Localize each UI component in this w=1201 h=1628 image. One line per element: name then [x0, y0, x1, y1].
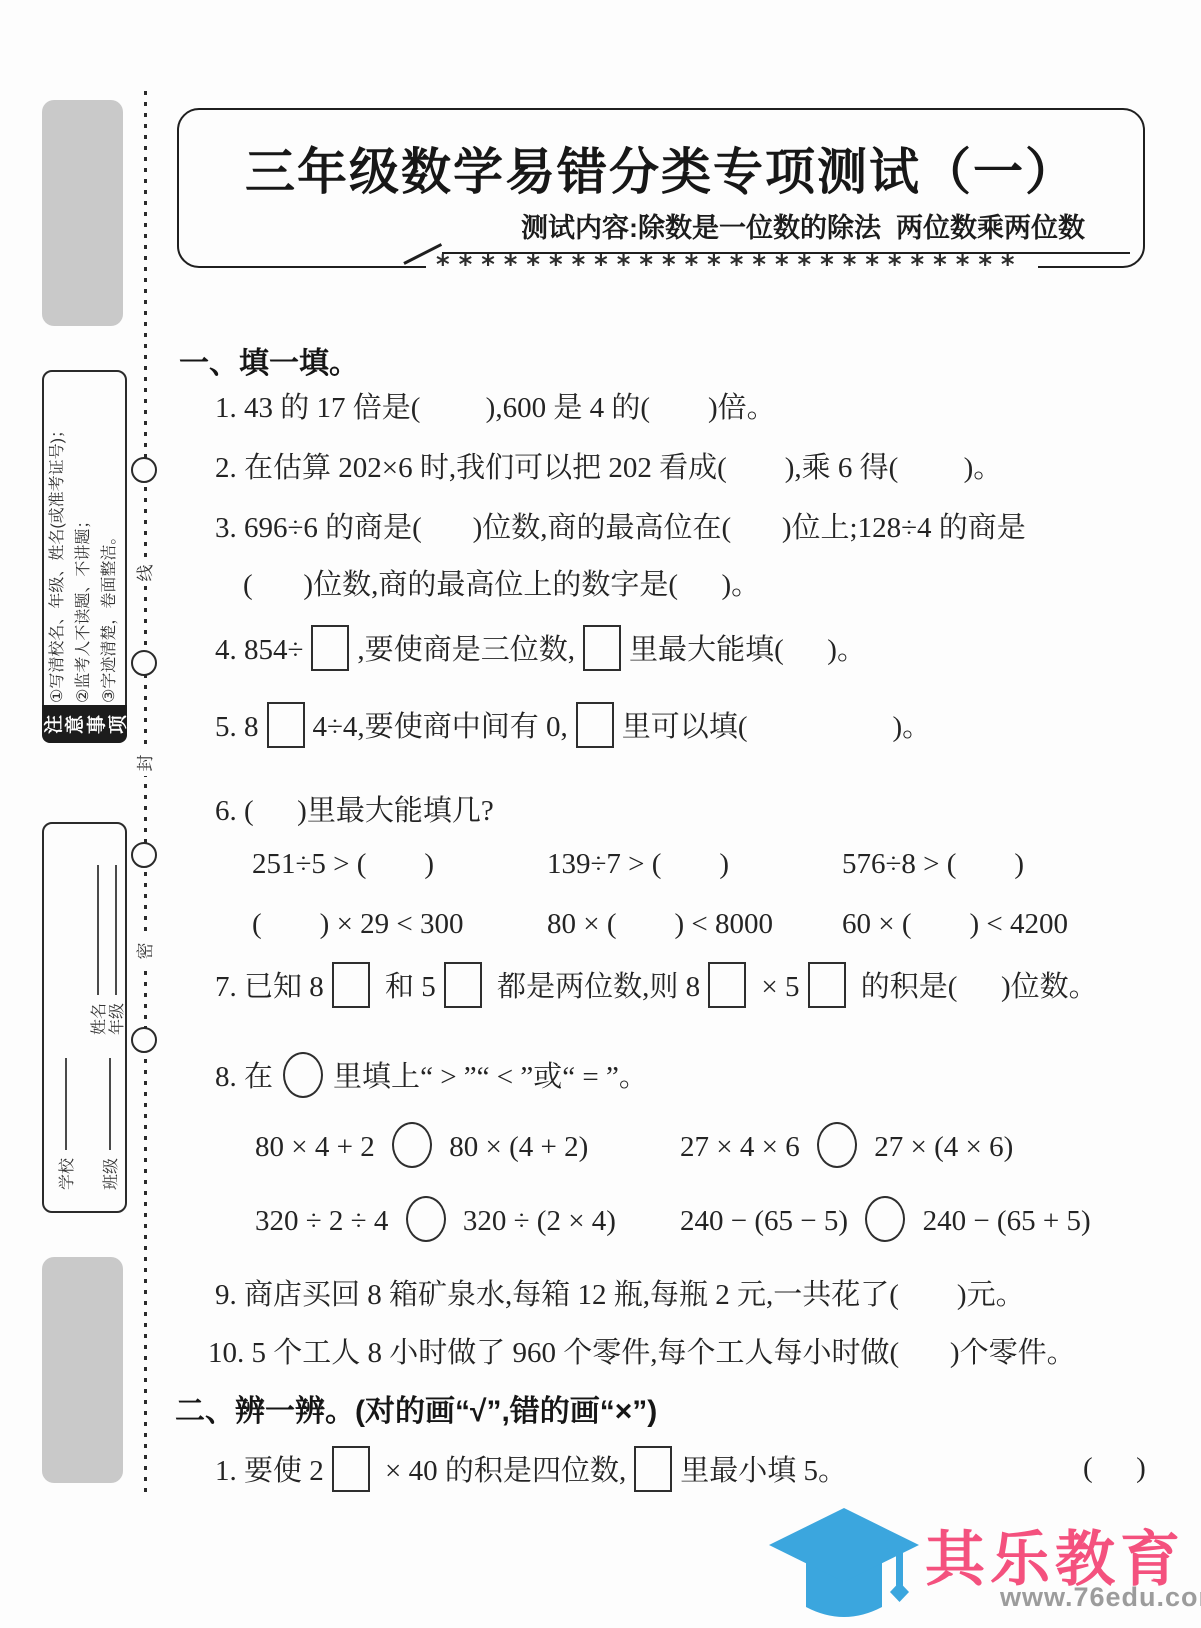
- answer-box[interactable]: [634, 1446, 672, 1492]
- question-4: 4. 854÷,要使商是三位数,里最大能填( )。: [215, 625, 866, 671]
- question-8-row-1: 80 × 4 + 2 80 × (4 + 2) 27 × 4 × 6 27 × …: [255, 1122, 1175, 1168]
- question-3-line-1: 3. 696÷6 的商是( )位数,商的最高位在( )位上;128÷4 的商是: [215, 505, 1026, 546]
- name-field-line: [96, 865, 99, 995]
- exam-notice-label: 注意事项: [42, 705, 127, 743]
- judge-question-1-answer-blank: ( ): [1083, 1452, 1146, 1485]
- question-6-row-1: 251÷5 > ( ) 139÷7 > ( ) 576÷8 > ( ): [252, 848, 1172, 881]
- class-field[interactable]: 班级: [96, 1040, 122, 1190]
- binding-hole-icon: [131, 457, 157, 483]
- binding-hole-icon: [131, 842, 157, 868]
- binding-hole-icon: [131, 1027, 157, 1053]
- question-6: 6. ( )里最大能填几?: [215, 788, 494, 829]
- question-8-row-2: 320 ÷ 2 ÷ 4 320 ÷ (2 × 4) 240 − (65 − 5)…: [255, 1196, 1175, 1242]
- question-7: 7. 已知 8 和 5 都是两位数,则 8 × 5 的积是( )位数。: [215, 962, 1098, 1008]
- brand-url[interactable]: www.76edu.com: [1000, 1582, 1201, 1613]
- compare-item: 320 ÷ 2 ÷ 4 320 ÷ (2 × 4): [255, 1196, 680, 1242]
- question-1: 1. 43 的 17 倍是( ),600 是 4 的( )倍。: [215, 385, 776, 426]
- seal-line-char: 线: [133, 560, 159, 586]
- section-2-heading: 二、辨一辨。(对的画“√”,错的画“×”): [175, 1386, 657, 1430]
- class-field-label: 班级: [98, 1158, 121, 1190]
- answer-box[interactable]: [708, 962, 746, 1008]
- seal-dotted-line: [144, 91, 147, 1493]
- school-field-label: 学校: [54, 1158, 77, 1190]
- answer-circle[interactable]: [406, 1196, 446, 1242]
- redacted-block-bottom: [42, 1257, 123, 1483]
- fill-blank-item: 80 × ( ) < 8000: [547, 908, 842, 941]
- answer-box[interactable]: [267, 702, 305, 748]
- grade-field-line: [114, 865, 117, 995]
- answer-circle[interactable]: [865, 1196, 905, 1242]
- fill-blank-item: 139÷7 > ( ): [547, 848, 842, 881]
- page-title: 三年级数学易错分类专项测试（一）: [179, 132, 1143, 204]
- compare-item: 240 − (65 − 5) 240 − (65 + 5): [680, 1196, 1091, 1242]
- answer-circle[interactable]: [392, 1122, 432, 1168]
- question-2: 2. 在估算 202×6 时,我们可以把 202 看成( ),乘 6 得( )。: [215, 445, 1002, 486]
- answer-box[interactable]: [311, 625, 349, 671]
- asterisk-divider: **************************: [436, 250, 1024, 280]
- school-field-line: [64, 1058, 67, 1150]
- class-field-line: [108, 1058, 111, 1150]
- compare-item: 80 × 4 + 2 80 × (4 + 2): [255, 1122, 680, 1168]
- fill-blank-item: 60 × ( ) < 4200: [842, 908, 1068, 941]
- question-9: 9. 商店买回 8 箱矿泉水,每箱 12 瓶,每瓶 2 元,一共花了( )元。: [215, 1272, 1025, 1313]
- seal-line-char: 封: [133, 750, 159, 776]
- seal-line-char: 密: [133, 938, 159, 964]
- answer-box[interactable]: [808, 962, 846, 1008]
- fill-blank-item: ( ) × 29 < 300: [252, 908, 547, 941]
- exam-notice-text: ①写清校名、年级、姓名(或准考证号)； ②监考人不读题、不讲题； ③字迹清楚，卷…: [45, 376, 126, 703]
- question-6-row-2: ( ) × 29 < 300 80 × ( ) < 8000 60 × ( ) …: [252, 908, 1172, 941]
- answer-box[interactable]: [583, 625, 621, 671]
- fill-blank-item: 251÷5 > ( ): [252, 848, 547, 881]
- answer-box[interactable]: [576, 702, 614, 748]
- section-1-heading: 一、填一填。: [179, 338, 359, 382]
- binding-hole-icon: [131, 650, 157, 676]
- graduation-cap-icon: [768, 1504, 923, 1628]
- answer-box[interactable]: [332, 1446, 370, 1492]
- fill-blank-item: 576÷8 > ( ): [842, 848, 1024, 881]
- test-title-box: 三年级数学易错分类专项测试（一） 测试内容:除数是一位数的除法 两位数乘两位数 …: [177, 108, 1145, 268]
- redacted-block-top: [42, 100, 123, 326]
- judge-question-1: 1. 要使 2 × 40 的积是四位数,里最小填 5。: [215, 1446, 847, 1492]
- question-8: 8. 在里填上“ > ”“ < ”或“ = ”。: [215, 1052, 648, 1098]
- name-field-label: 姓名: [86, 1003, 109, 1035]
- name-field[interactable]: 姓名: [84, 845, 110, 1035]
- question-5: 5. 84÷4,要使商中间有 0,里可以填( )。: [215, 702, 931, 748]
- exam-notice-text-wrap: ①写清校名、年级、姓名(或准考证号)； ②监考人不读题、不讲题； ③字迹清楚，卷…: [45, 376, 126, 703]
- answer-box[interactable]: [332, 962, 370, 1008]
- school-field[interactable]: 学校: [52, 1040, 78, 1190]
- answer-circle[interactable]: [817, 1122, 857, 1168]
- answer-box[interactable]: [444, 962, 482, 1008]
- compare-item: 27 × 4 × 6 27 × (4 × 6): [680, 1122, 1013, 1168]
- test-scope-subtitle: 测试内容:除数是一位数的除法 两位数乘两位数: [521, 206, 1085, 245]
- answer-circle[interactable]: [283, 1052, 323, 1098]
- question-3-line-2: ( )位数,商的最高位上的数字是( )。: [243, 562, 760, 603]
- question-10: 10. 5 个工人 8 小时做了 960 个零件,每个工人每小时做( )个零件。: [208, 1330, 1076, 1371]
